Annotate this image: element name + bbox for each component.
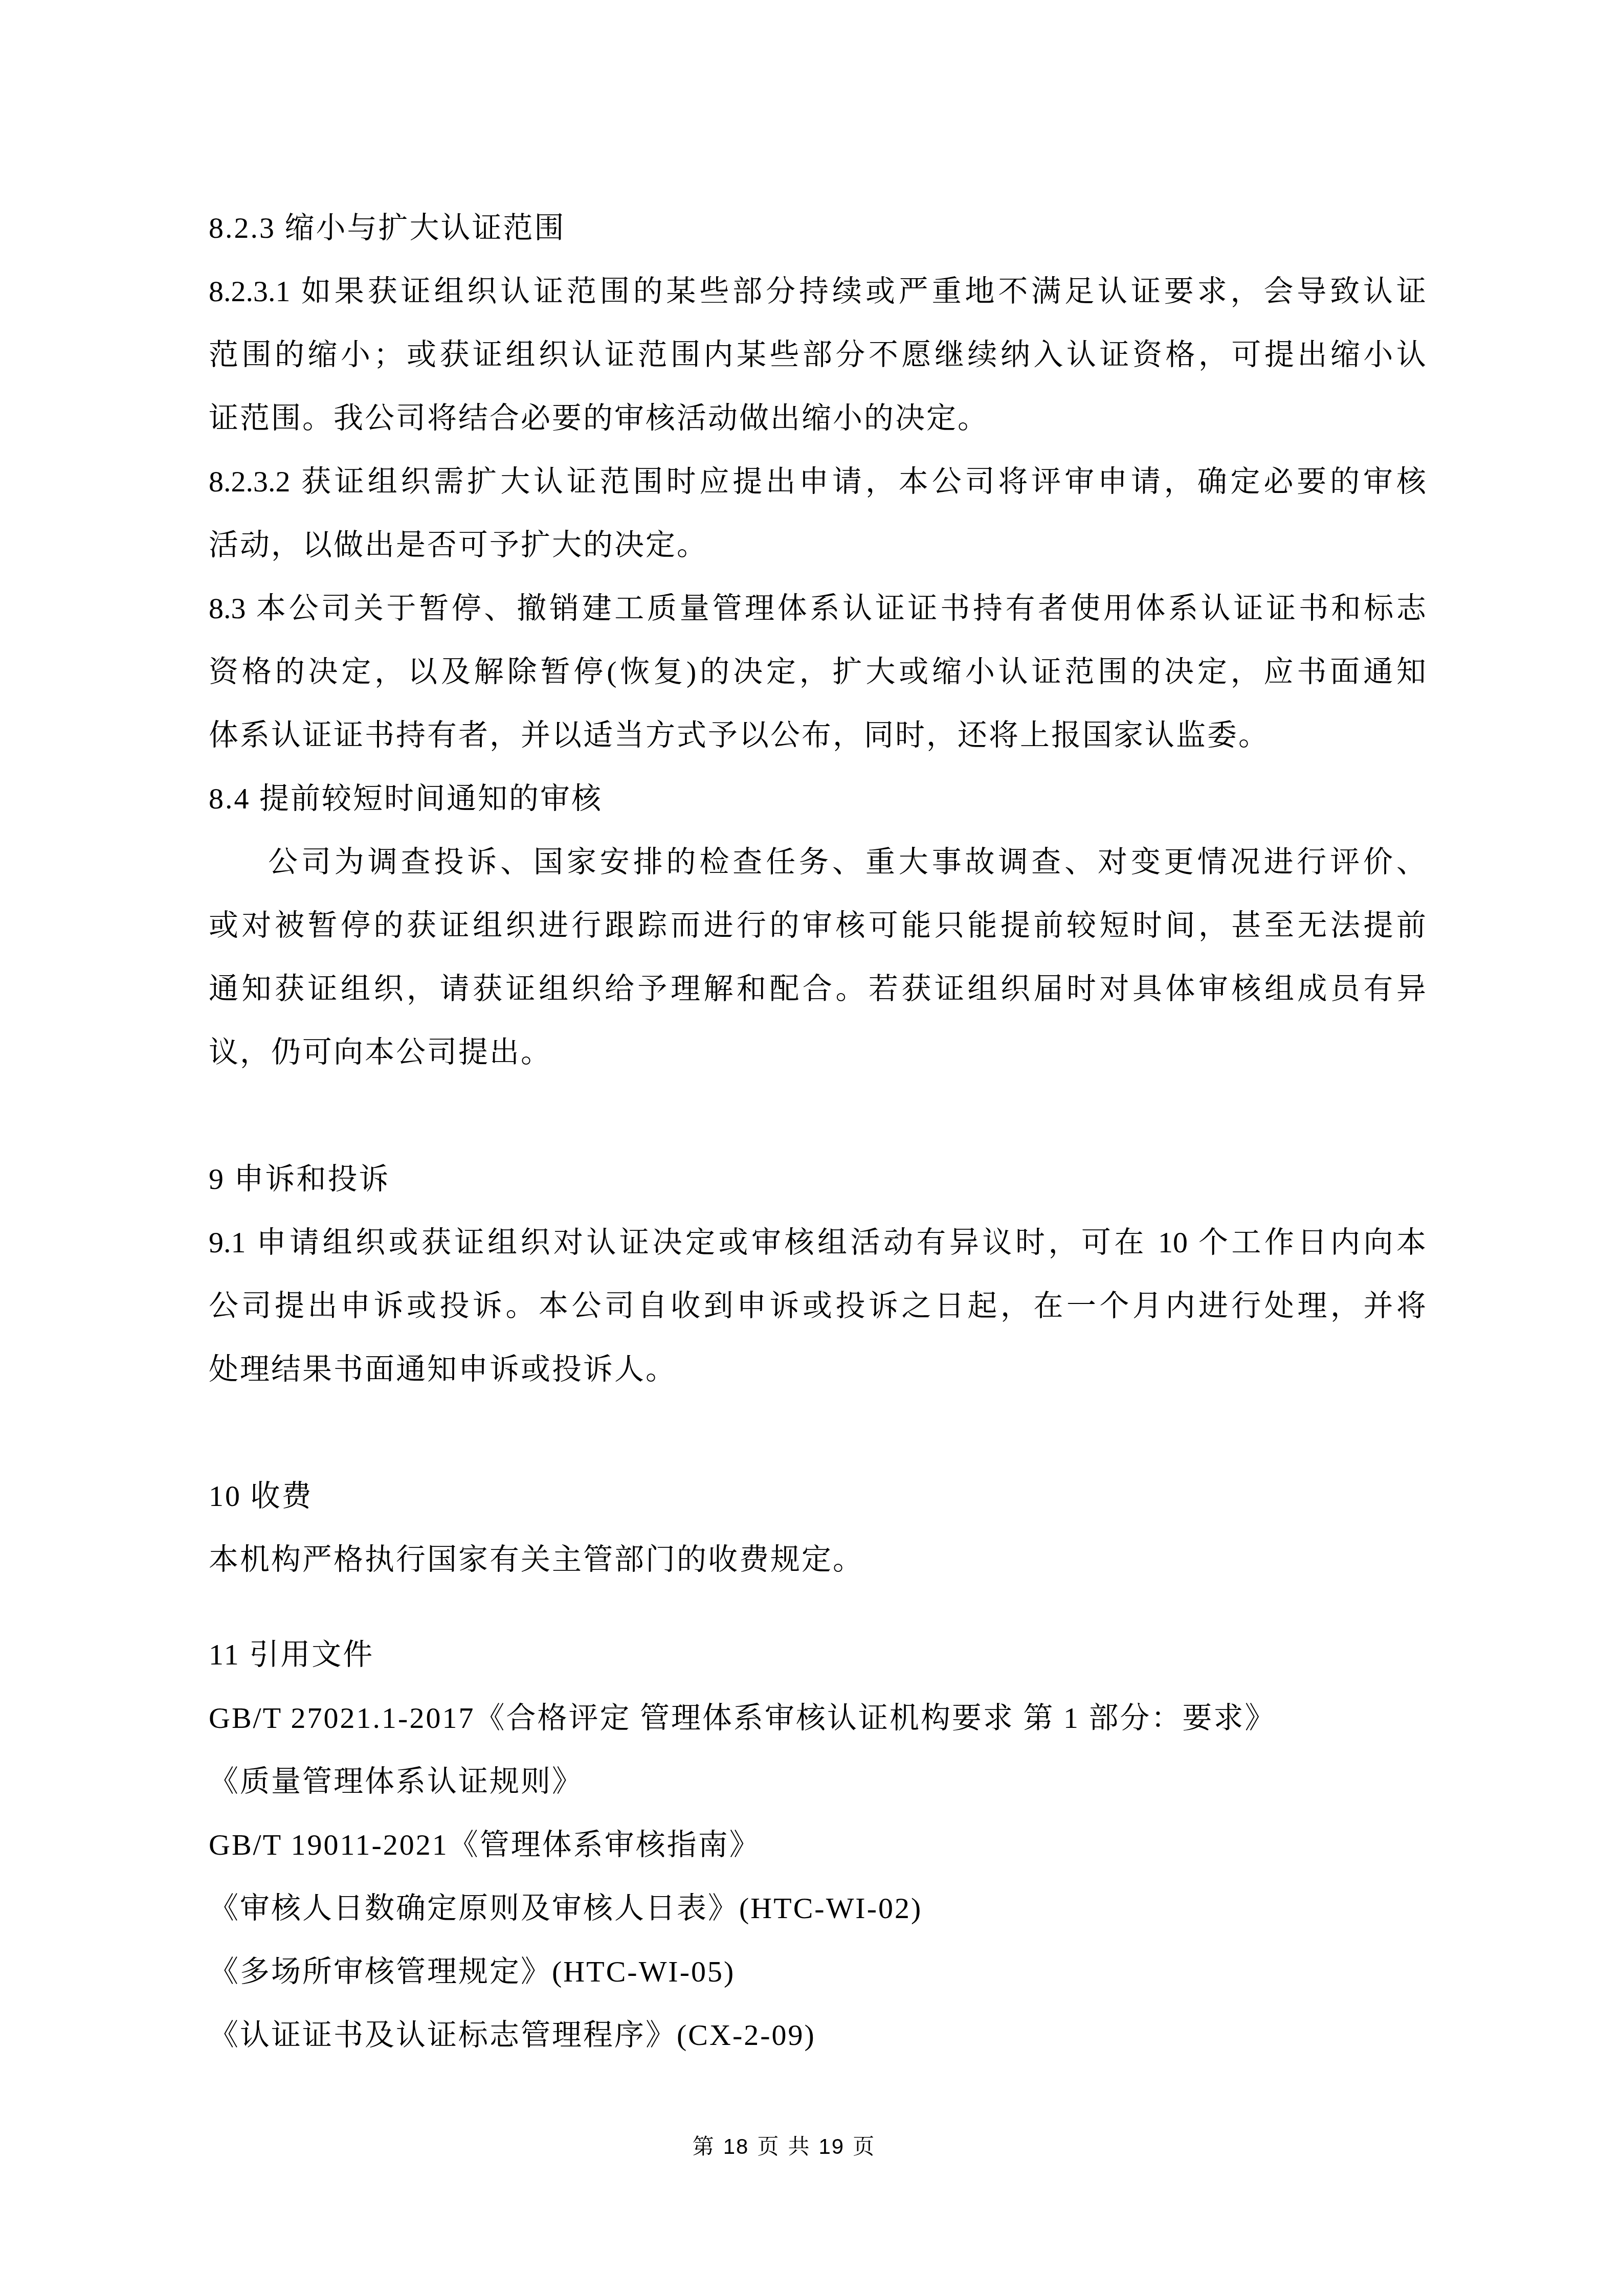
blank-line xyxy=(209,1084,1426,1147)
text-line: 11 引用文件 xyxy=(209,1623,1426,1686)
footer-current-page-number: 18 xyxy=(723,2134,749,2158)
text-line: 8.4 提前较短时间通知的审核 xyxy=(209,767,1426,830)
text-line: 公司提出申诉或投诉。本公司自收到申诉或投诉之日起，在一个月内进行处理，并将 xyxy=(209,1274,1426,1338)
text-line: 9.1 申请组织或获证组织对认证决定或审核组活动有异议时，可在 10 个工作日内… xyxy=(209,1211,1426,1274)
text-line: 《多场所审核管理规定》(HTC-WI-05) xyxy=(209,1940,1426,2004)
document-body: 8.2.3 缩小与扩大认证范围8.2.3.1 如果获证组织认证范围的某些部分持续… xyxy=(209,196,1426,2067)
text-line: 证范围。我公司将结合必要的审核活动做出缩小的决定。 xyxy=(209,387,1426,450)
text-line: 或对被暂停的获证组织进行跟踪而进行的审核可能只能提前较短时间，甚至无法提前 xyxy=(209,894,1426,957)
text-line: 活动，以做出是否可予扩大的决定。 xyxy=(209,513,1426,577)
footer-total-pages-number: 19 xyxy=(819,2134,845,2158)
document-page: { "page": { "background": "#ffffff", "te… xyxy=(0,0,1624,2296)
footer-text-ye: 页 xyxy=(757,2135,780,2159)
footer-text-gong: 共 xyxy=(788,2135,811,2159)
text-line: 8.3 本公司关于暂停、撤销建工质量管理体系认证证书持有者使用体系认证证书和标志 xyxy=(209,577,1426,640)
text-line: 《审核人日数确定原则及审核人日表》(HTC-WI-02) xyxy=(209,1877,1426,1940)
text-line: 处理结果书面通知申诉或投诉人。 xyxy=(209,1338,1426,1401)
footer-text-ye2: 页 xyxy=(853,2135,875,2159)
blank-line xyxy=(209,1401,1426,1465)
text-line: GB/T 27021.1-2017《合格评定 管理体系审核认证机构要求 第 1 … xyxy=(209,1686,1426,1750)
text-line: 资格的决定，以及解除暂停(恢复)的决定，扩大或缩小认证范围的决定，应书面通知 xyxy=(209,640,1426,704)
text-line: GB/T 19011-2021《管理体系审核指南》 xyxy=(209,1813,1426,1877)
text-line: 范围的缩小；或获证组织认证范围内某些部分不愿继续纳入认证资格，可提出缩小认 xyxy=(209,323,1426,387)
text-line: 9 申诉和投诉 xyxy=(209,1147,1426,1211)
page-footer: 第18页共19页 xyxy=(0,2125,1624,2168)
text-line: 议，仍可向本公司提出。 xyxy=(209,1021,1426,1084)
text-line: 通知获证组织，请获证组织给予理解和配合。若获证组织届时对具体审核组成员有异 xyxy=(209,957,1426,1021)
text-line: 8.2.3.2 获证组织需扩大认证范围时应提出申请，本公司将评审申请，确定必要的… xyxy=(209,450,1426,513)
footer-text-di: 第 xyxy=(693,2135,715,2159)
text-line: 本机构严格执行国家有关主管部门的收费规定。 xyxy=(209,1528,1426,1591)
text-line: 8.2.3 缩小与扩大认证范围 xyxy=(209,196,1426,260)
text-line: 《认证证书及认证标志管理程序》(CX-2-09) xyxy=(209,2004,1426,2067)
text-line: 10 收费 xyxy=(209,1465,1426,1528)
text-line: 8.2.3.1 如果获证组织认证范围的某些部分持续或严重地不满足认证要求，会导致… xyxy=(209,260,1426,323)
text-line: 《质量管理体系认证规则》 xyxy=(209,1750,1426,1813)
text-line: 体系认证证书持有者，并以适当方式予以公布，同时，还将上报国家认监委。 xyxy=(209,704,1426,767)
text-line: 公司为调查投诉、国家安排的检查任务、重大事故调查、对变更情况进行评价、 xyxy=(209,830,1426,894)
blank-line xyxy=(209,1591,1426,1623)
